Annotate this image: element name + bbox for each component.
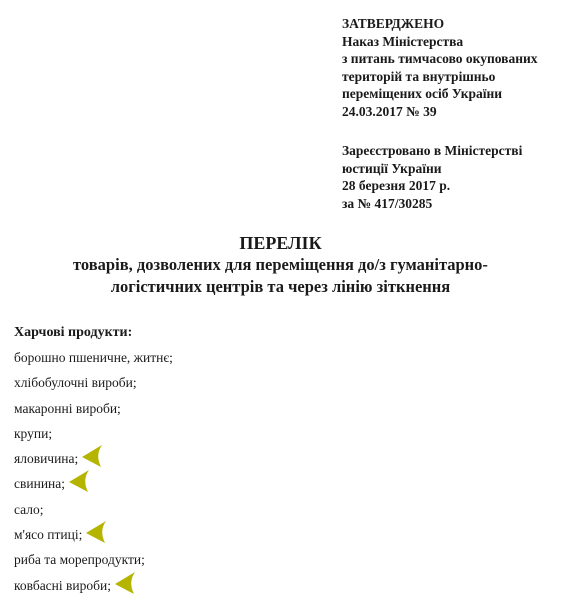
arrow-pointer-icon: [68, 468, 94, 494]
registration-line: юстиції України: [342, 160, 522, 178]
registration-line: за № 417/30285: [342, 195, 522, 213]
arrow-pointer-icon: [81, 443, 107, 469]
list-item-text: риба та морепродукти;: [14, 551, 145, 569]
registration-line: Зареєстровано в Міністерстві: [342, 142, 522, 160]
title-subtitle-line-2: логістичних центрів та через лінію зіткн…: [0, 276, 561, 298]
list-item-text: свинина;: [14, 475, 65, 493]
list-item-text: сало;: [14, 501, 44, 519]
approval-line: переміщених осіб України: [342, 85, 538, 103]
list-item: макаронні вироби;: [14, 400, 173, 425]
list-item-text: ковбасні вироби;: [14, 577, 111, 595]
arrow-pointer-icon: [114, 570, 140, 596]
document-title: ПЕРЕЛІК товарів, дозволених для переміще…: [0, 232, 561, 298]
approval-stamp: ЗАТВЕРДЖЕНО Наказ Міністерства з питань …: [342, 15, 538, 120]
approval-line: з питань тимчасово окупованих: [342, 50, 538, 68]
title-subtitle-line-1: товарів, дозволених для переміщення до/з…: [0, 254, 561, 276]
list-item: борошно пшеничне, житнє;: [14, 349, 173, 374]
registration-line: 28 березня 2017 р.: [342, 177, 522, 195]
approval-line: Наказ Міністерства: [342, 33, 538, 51]
list-item-text: хлібобулочні вироби;: [14, 374, 137, 392]
list-item: м'ясо птиці;: [14, 526, 173, 551]
food-products-section: Харчові продукти: борошно пшеничне, житн…: [14, 324, 173, 600]
list-item-text: макаронні вироби;: [14, 400, 121, 418]
registration-stamp: Зареєстровано в Міністерстві юстиції Укр…: [342, 142, 522, 212]
list-item-text: яловичина;: [14, 450, 78, 468]
list-item: ковбасні вироби;: [14, 577, 173, 600]
list-item: хлібобулочні вироби;: [14, 374, 173, 399]
approval-line: 24.03.2017 № 39: [342, 103, 538, 121]
title-main: ПЕРЕЛІК: [0, 232, 561, 254]
list-item: риба та морепродукти;: [14, 551, 173, 576]
list-item-text: крупи;: [14, 425, 52, 443]
arrow-pointer-icon: [85, 519, 111, 545]
list-item-text: м'ясо птиці;: [14, 526, 82, 544]
product-list: борошно пшеничне, житнє;хлібобулочні вир…: [14, 349, 173, 600]
list-item: свинина;: [14, 475, 173, 500]
list-item-text: борошно пшеничне, житнє;: [14, 349, 173, 367]
section-heading: Харчові продукти:: [14, 324, 173, 349]
approval-line: ЗАТВЕРДЖЕНО: [342, 15, 538, 33]
approval-line: територій та внутрішньо: [342, 68, 538, 86]
